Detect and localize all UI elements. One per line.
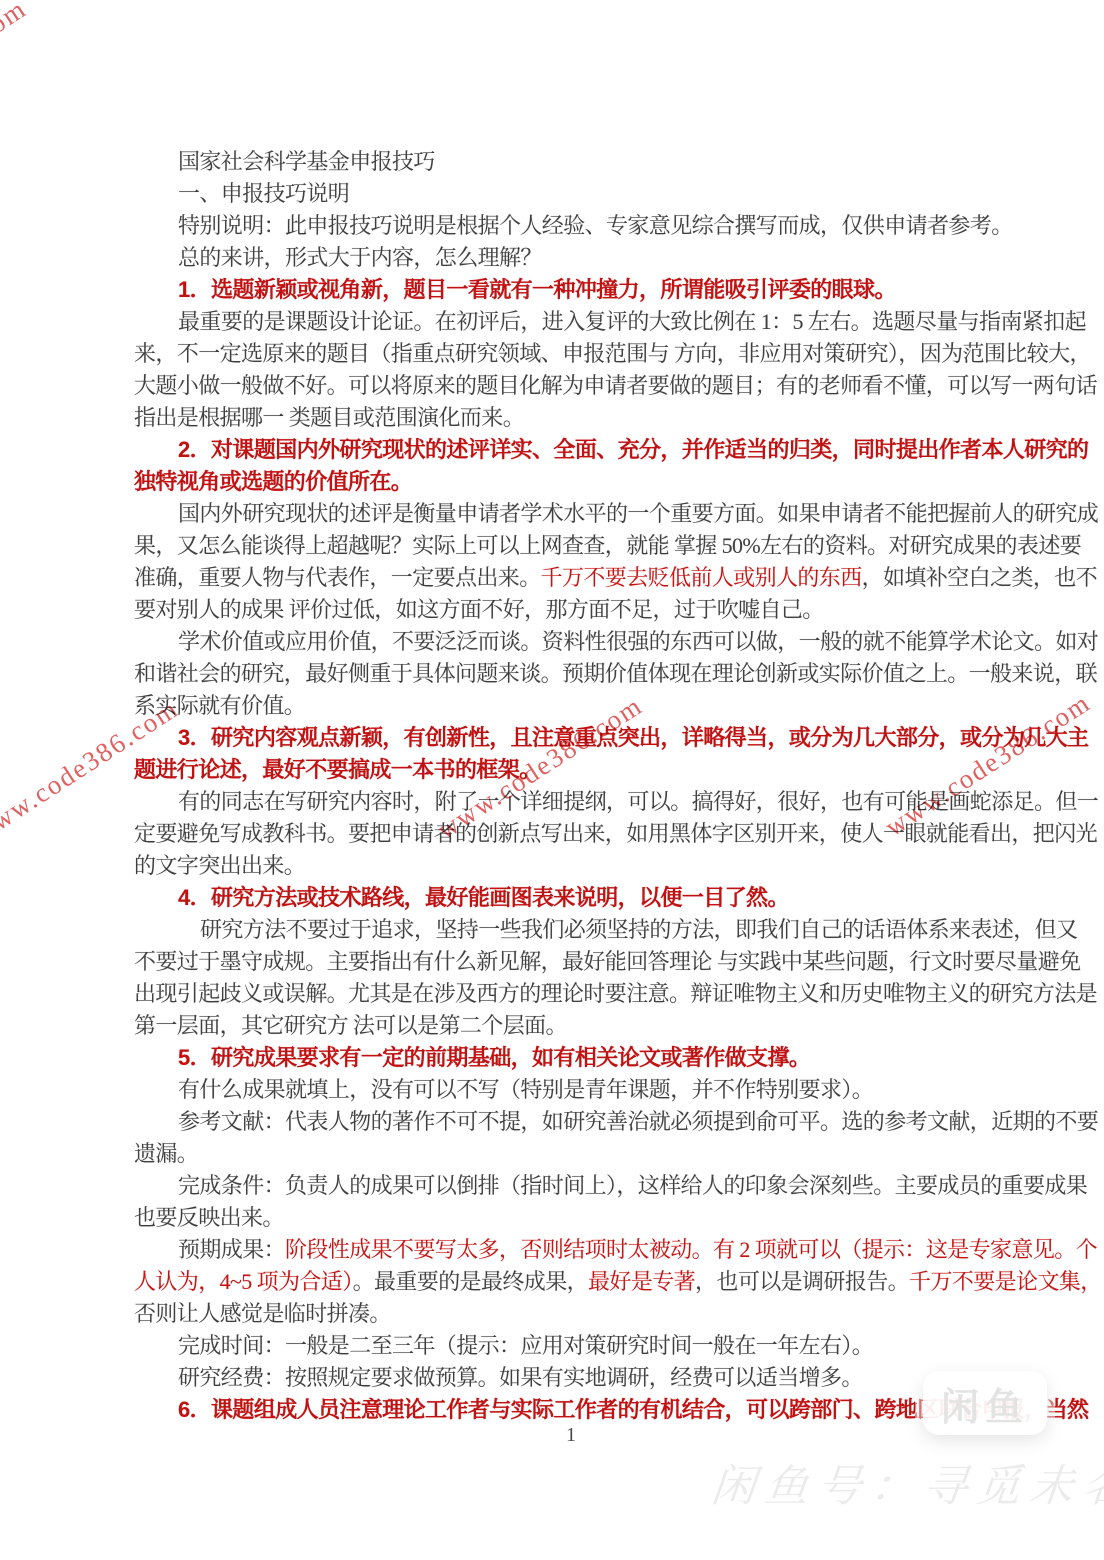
body-text: 研究经费：按照规定要求做预算。如果有实地调研，经费可以适当增多。 — [178, 1365, 863, 1390]
body-text: 否则让人感觉是临时拼凑。 — [134, 1301, 391, 1326]
document-page: www.code386.com www.code386.com www.code… — [0, 0, 1104, 1560]
body-text: 出现引起歧义或误解。尤其是在涉及西方的理论时要注意。辩证唯物主义和历史唯物主义的… — [134, 981, 1097, 1006]
text-line: 2．对课题国内外研究现状的述评详实、全面、充分，并作适当的归类，同时提出作者本人… — [134, 434, 1008, 466]
red-text: 独特视角或选题的价值所在。 — [134, 469, 412, 494]
xianyu-logo: 闲鱼 — [923, 1371, 1047, 1435]
text-block: 国家社会科学基金申报技巧一、申报技巧说明特别说明：此申报技巧说明是根据个人经验、… — [134, 146, 1008, 1426]
body-text: 完成条件：负责人的成果可以倒排（指时间上），这样给人的印象会深刻些。主要成员的重… — [178, 1173, 1087, 1198]
red-text: 阶段性成果不要写太多，否则结项时太被动。有 2 项就可以（提示：这是专家意见。个 — [285, 1237, 1097, 1262]
body-text: 一、申报技巧说明 — [178, 181, 349, 206]
body-text: 定要避免写成教科书。要把申请者的创新点写出来，如用黑体字区别开来，使人一眼就能看… — [134, 821, 1097, 846]
text-line: 1．选题新颖或视角新，题目一看就有一种冲撞力，所谓能吸引评委的眼球。 — [134, 274, 1008, 306]
text-line: 和谐社会的研究，最好侧重于具体问题来谈。预期价值体现在理论创新或实际价值之上。一… — [134, 658, 1008, 690]
body-text: 国家社会科学基金申报技巧 — [178, 149, 435, 174]
text-line: 完成时间：一般是二至三年（提示：应用对策研究时间一般在一年左右）。 — [134, 1330, 1008, 1362]
body-text: 大题小做一般做不好。可以将原来的题目化解为申请者要做的题目；有的老师看不懂，可以… — [134, 373, 1097, 398]
text-line: 6．课题组成人员注意理论工作者与实际工作者的有机结合，可以跨部门、跨地区联合申报… — [134, 1394, 1008, 1426]
body-text: 也要反映出来。 — [134, 1205, 284, 1230]
red-text: 3．研究内容观点新颖，有创新性，且注意重点突出，详略得当，或分为几大部分，或分为… — [178, 725, 1088, 750]
page-number: 1 — [134, 1424, 1008, 1447]
red-text: 最好是专著 — [588, 1269, 695, 1294]
text-line: 5．研究成果要求有一定的前期基础，如有相关论文或著作做支撑。 — [134, 1042, 1008, 1074]
watermark-code386-corner-fragment: www.code386.com — [0, 0, 32, 148]
text-line: 出现引起歧义或误解。尤其是在涉及西方的理论时要注意。辩证唯物主义和历史唯物主义的… — [134, 978, 1008, 1010]
text-line: 独特视角或选题的价值所在。 — [134, 466, 1008, 498]
body-text: 来，不一定选原来的题目（指重点研究领域、申报范围与 方向，非应用对策研究），因为… — [134, 341, 1091, 366]
body-text: 最重要的是课题设计论证。在初评后，进入复评的大致比例在 1：5 左右。选题尽量与… — [178, 309, 1086, 334]
text-line: 指出是根据哪一 类题目或范围演化而来。 — [134, 402, 1008, 434]
text-line: 预期成果：阶段性成果不要写太多，否则结项时太被动。有 2 项就可以（提示：这是专… — [134, 1234, 1008, 1266]
red-text: 5．研究成果要求有一定的前期基础，如有相关论文或著作做支撑。 — [178, 1045, 810, 1070]
body-text: 特别说明：此申报技巧说明是根据个人经验、专家意见综合撰写而成，仅供申请者参考。 — [178, 213, 1013, 238]
text-line: 定要避免写成教科书。要把申请者的创新点写出来，如用黑体字区别开来，使人一眼就能看… — [134, 818, 1008, 850]
red-text: 2．对课题国内外研究现状的述评详实、全面、充分，并作适当的归类，同时提出作者本人… — [178, 437, 1088, 462]
text-line: 4．研究方法或技术路线，最好能画图表来说明，以便一目了然。 — [134, 882, 1008, 914]
red-text: 千万不要是论文集， — [909, 1269, 1102, 1294]
text-line: 不要过于墨守成规。主要指出有什么新见解，最好能回答理论 与实践中某些问题，行文时… — [134, 946, 1008, 978]
red-text: 人认为，4~5 项为合适） — [134, 1269, 353, 1294]
text-line: 完成条件：负责人的成果可以倒排（指时间上），这样给人的印象会深刻些。主要成员的重… — [134, 1170, 1008, 1202]
text-line: 遗漏。 — [134, 1138, 1008, 1170]
text-line: 参考文献：代表人物的著作不可不提，如研究善治就必须提到俞可平。选的参考文献，近期… — [134, 1106, 1008, 1138]
body-text: 准确，重要人物与代表作，一定要点出来。 — [134, 565, 541, 590]
body-text: 总的来讲，形式大于内容，怎么理解？ — [178, 245, 542, 270]
body-text: 研究方法不要过于追求，坚持一些我们必须坚持的方法，即我们自己的话语体系来表述，但… — [200, 917, 1077, 942]
text-line: 也要反映出来。 — [134, 1202, 1008, 1234]
text-line: 否则让人感觉是临时拼凑。 — [134, 1298, 1008, 1330]
body-text: 要对别人的成果 评价过低，如这方面不好，那方面不足，过于吹嘘自己。 — [134, 597, 824, 622]
body-text: 预期成果： — [178, 1237, 285, 1262]
body-text: 的文字突出出来。 — [134, 853, 305, 878]
red-text: 题进行论述，最好不要搞成一本书的框架。 — [134, 757, 541, 782]
red-text: 4．研究方法或技术路线，最好能画图表来说明，以便一目了然。 — [178, 885, 789, 910]
text-line: 总的来讲，形式大于内容，怎么理解？ — [134, 242, 1008, 274]
text-line: 学术价值或应用价值，不要泛泛而谈。资料性很强的东西可以做，一般的就不能算学术论文… — [134, 626, 1008, 658]
text-line: 国家社会科学基金申报技巧 — [134, 146, 1008, 178]
body-text: 有什么成果就填上，没有可以不写（特别是青年课题，并不作特别要求）。 — [178, 1077, 873, 1102]
text-line: 有的同志在写研究内容时，附了一个详细提纲，可以。搞得好，很好，也有可能是画蛇添足… — [134, 786, 1008, 818]
body-text: 学术价值或应用价值，不要泛泛而谈。资料性很强的东西可以做，一般的就不能算学术论文… — [178, 629, 1098, 654]
text-line: 人认为，4~5 项为合适）。最重要的是最终成果，最好是专著，也可以是调研报告。千… — [134, 1266, 1008, 1298]
body-text: ，如填补空白之类，也不 — [862, 565, 1097, 590]
red-text: 千万不要去贬低前人或别人的东西 — [541, 565, 862, 590]
text-line: 有什么成果就填上，没有可以不写（特别是青年课题，并不作特别要求）。 — [134, 1074, 1008, 1106]
text-line: 特别说明：此申报技巧说明是根据个人经验、专家意见综合撰写而成，仅供申请者参考。 — [134, 210, 1008, 242]
body-text: ，也可以是调研报告。 — [695, 1269, 909, 1294]
text-line: 最重要的是课题设计论证。在初评后，进入复评的大致比例在 1：5 左右。选题尽量与… — [134, 306, 1008, 338]
body-text: 。最重要的是最终成果， — [353, 1269, 588, 1294]
xianyu-logo-glyph: 闲鱼 — [941, 1376, 1029, 1431]
red-text: 1．选题新颖或视角新，题目一看就有一种冲撞力，所谓能吸引评委的眼球。 — [178, 277, 896, 302]
text-line: 第一层面，其它研究方 法可以是第二个层面。 — [134, 1010, 1008, 1042]
text-line: 研究方法不要过于追求，坚持一些我们必须坚持的方法，即我们自己的话语体系来表述，但… — [134, 914, 1008, 946]
body-text: 遗漏。 — [134, 1141, 198, 1166]
text-line: 国内外研究现状的述评是衡量申请者学术水平的一个重要方面。如果申请者不能把握前人的… — [134, 498, 1008, 530]
body-text: 不要过于墨守成规。主要指出有什么新见解，最好能回答理论 与实践中某些问题，行文时… — [134, 949, 1081, 974]
body-text: 参考文献：代表人物的著作不可不提，如研究善治就必须提到俞可平。选的参考文献，近期… — [178, 1109, 1098, 1134]
text-line: 来，不一定选原来的题目（指重点研究领域、申报范围与 方向，非应用对策研究），因为… — [134, 338, 1008, 370]
seller-watermark: 闲鱼号：寻觅未名 — [709, 1450, 1104, 1514]
text-line: 研究经费：按照规定要求做预算。如果有实地调研，经费可以适当增多。 — [134, 1362, 1008, 1394]
body-text: 果，又怎么能谈得上超越呢？实际上可以上网查查，就能 掌握 50%左右的资料。对研… — [134, 533, 1081, 558]
body-text: 完成时间：一般是二至三年（提示：应用对策研究时间一般在一年左右）。 — [178, 1333, 873, 1358]
text-line: 要对别人的成果 评价过低，如这方面不好，那方面不足，过于吹嘘自己。 — [134, 594, 1008, 626]
body-text: 和谐社会的研究，最好侧重于具体问题来谈。预期价值体现在理论创新或实际价值之上。一… — [134, 661, 1097, 686]
text-line: 的文字突出出来。 — [134, 850, 1008, 882]
body-text: 国内外研究现状的述评是衡量申请者学术水平的一个重要方面。如果申请者不能把握前人的… — [178, 501, 1098, 526]
text-line: 大题小做一般做不好。可以将原来的题目化解为申请者要做的题目；有的老师看不懂，可以… — [134, 370, 1008, 402]
text-line: 果，又怎么能谈得上超越呢？实际上可以上网查查，就能 掌握 50%左右的资料。对研… — [134, 530, 1008, 562]
text-line: 系实际就有价值。 — [134, 690, 1008, 722]
text-line: 一、申报技巧说明 — [134, 178, 1008, 210]
body-text: 第一层面，其它研究方 法可以是第二个层面。 — [134, 1013, 567, 1038]
body-text: 指出是根据哪一 类题目或范围演化而来。 — [134, 405, 524, 430]
text-line: 准确，重要人物与代表作，一定要点出来。千万不要去贬低前人或别人的东西，如填补空白… — [134, 562, 1008, 594]
